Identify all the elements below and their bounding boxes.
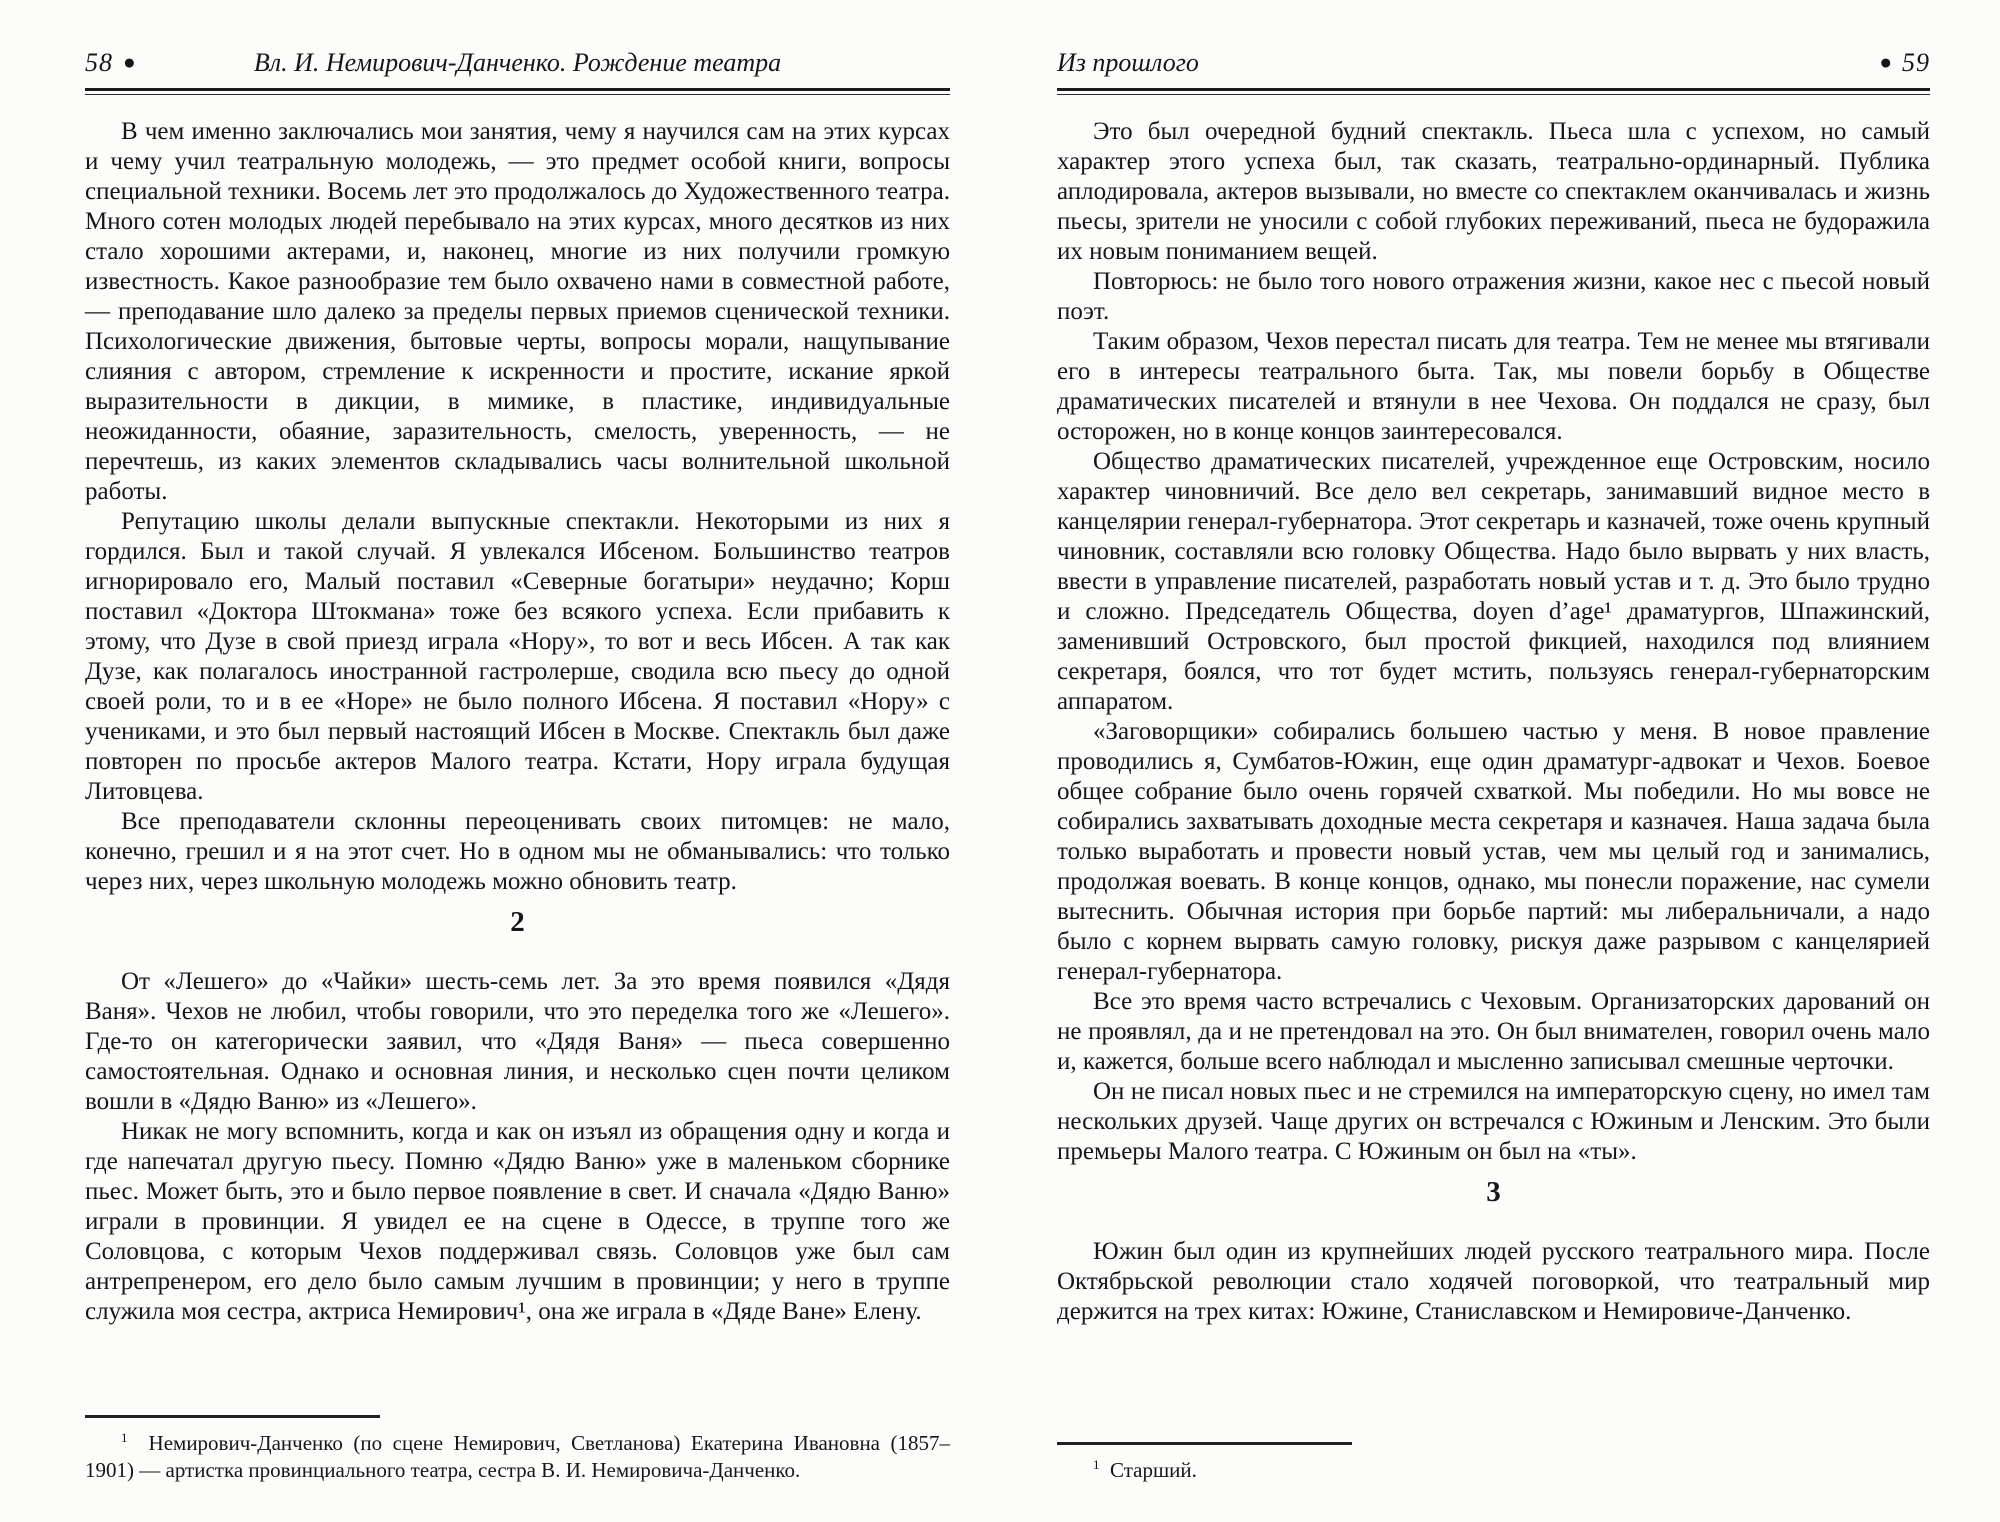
right-running-head: Из прошлого ● 59 [1057,48,1930,86]
body-paragraph: Общество драматических писателей, учрежд… [1057,447,1930,717]
right-running-title: Из прошлого [1057,48,1199,78]
left-footnote-area: 1 Немирович-Данченко (по сцене Немирович… [85,1415,950,1522]
section-heading-2: 2 [85,907,950,937]
body-paragraph: Повторюсь: не было того нового отражения… [1057,267,1930,327]
page-left: 58 ● Вл. И. Немирович-Данченко. Рождение… [0,0,1000,1522]
footnote-marker: 1 [1093,1457,1100,1472]
body-paragraph: Все это время часто встречались с Чеховы… [1057,987,1930,1077]
right-header-rule [1057,88,1930,95]
page-right: Из прошлого ● 59 Это был очередной будни… [1000,0,2000,1522]
section-heading-3: 3 [1057,1177,1930,1207]
body-paragraph: Репутацию школы делали выпускные спектак… [85,507,950,807]
footnote-marker: 1 [121,1430,128,1445]
left-running-title: Вл. И. Немирович-Данченко. Рождение теат… [85,48,950,78]
body-paragraph: Таким образом, Чехов перестал писать для… [1057,327,1930,447]
left-header-rule [85,88,950,95]
left-running-head: 58 ● Вл. И. Немирович-Данченко. Рождение… [85,48,950,86]
right-page-number: 59 [1902,48,1930,78]
body-paragraph: В чем именно заключались мои занятия, че… [85,117,950,507]
body-paragraph: Все преподаватели склонны переоценивать … [85,807,950,897]
body-paragraph: Никак не могу вспомнить, когда и как он … [85,1117,950,1327]
body-paragraph: Он не писал новых пьес и не стремился на… [1057,1077,1930,1167]
right-footnote: 1 Старший. [1057,1457,1930,1484]
right-footnote-area: 1 Старший. [1057,1442,1930,1522]
body-paragraph: Южин был один из крупнейших людей русско… [1057,1237,1930,1327]
left-footnote-rule [85,1415,380,1418]
book-spread: 58 ● Вл. И. Немирович-Данченко. Рождение… [0,0,2000,1522]
right-footnote-rule [1057,1442,1352,1445]
footnote-text: Старший. [1110,1458,1197,1482]
right-body-text: Это был очередной будний спектакль. Пьес… [1057,117,1930,1327]
page-marker-bullet-icon: ● [1879,52,1892,73]
body-paragraph: От «Лешего» до «Чайки» шесть-семь лет. З… [85,967,950,1117]
left-footnote: 1 Немирович-Данченко (по сцене Немирович… [85,1430,950,1484]
footnote-text: Немирович-Данченко (по сцене Немирович, … [85,1431,950,1482]
left-body-text: В чем именно заключались мои занятия, че… [85,117,950,1327]
body-paragraph: «Заговорщики» собирались большею частью … [1057,717,1930,987]
body-paragraph: Это был очередной будний спектакль. Пьес… [1057,117,1930,267]
